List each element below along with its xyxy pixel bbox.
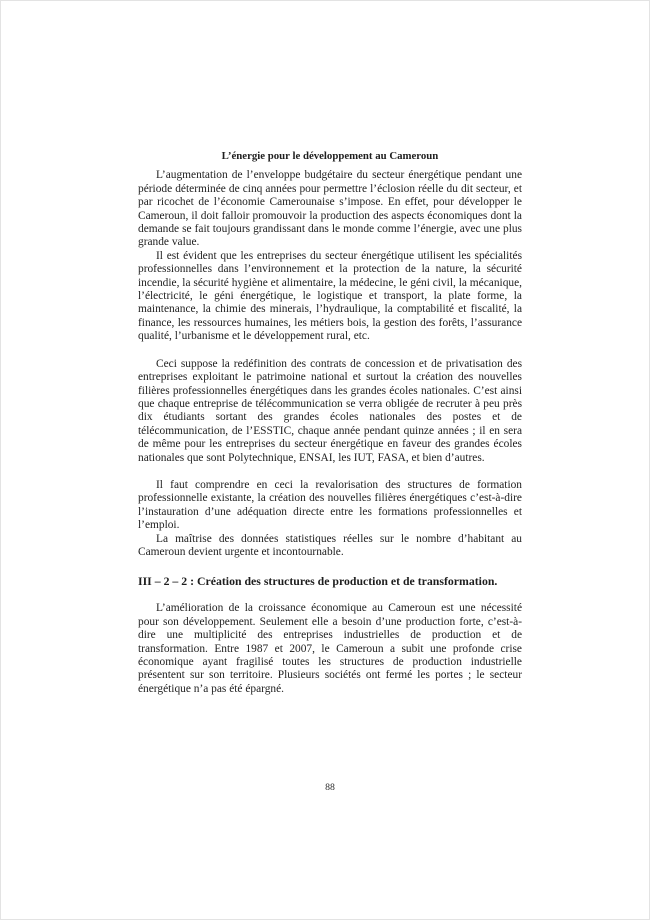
paragraph-professional-specialties: Il est évident que les entreprises du se… xyxy=(138,250,522,344)
section-heading: III – 2 – 2 : Création des structures de… xyxy=(138,574,522,588)
text-block: L’énergie pour le développement au Camer… xyxy=(138,150,522,696)
page-number: 88 xyxy=(138,782,522,793)
running-header: L’énergie pour le développement au Camer… xyxy=(138,150,522,163)
paragraph-concession-contracts: Ceci suppose la redéfinition des contrat… xyxy=(138,358,522,465)
paragraph-training-structures: Il faut comprendre en ceci la revalorisa… xyxy=(138,479,522,533)
paragraph-budget-increase: L’augmentation de l’enveloppe budgétaire… xyxy=(138,169,522,249)
paragraph-statistics: La maîtrise des données statistiques rée… xyxy=(138,533,522,560)
document-page: L’énergie pour le développement au Camer… xyxy=(0,0,650,920)
paragraph-economic-growth: L’amélioration de la croissance économiq… xyxy=(138,602,522,696)
